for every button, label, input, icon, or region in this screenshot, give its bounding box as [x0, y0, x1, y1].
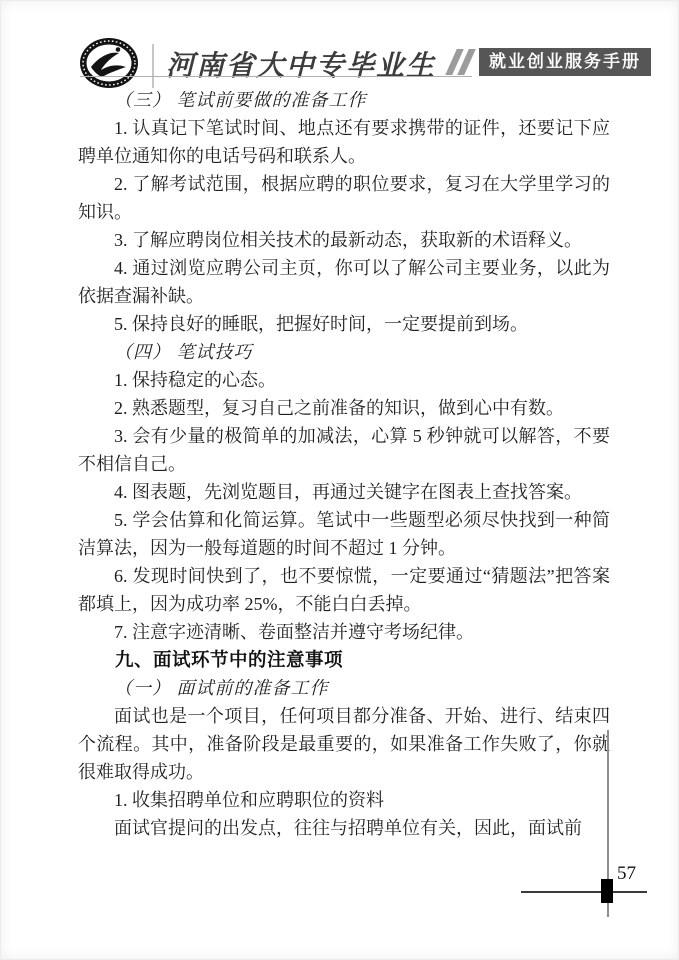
list-item: 1. 保持稳定的心态。 [78, 366, 610, 394]
list-item: 3. 会有少量的极简单的加减法，心算 5 秒钟就可以解答，不要不相信自己。 [78, 422, 610, 478]
subsection-heading: （一） 面试前的准备工作 [78, 674, 610, 702]
footer-rule-marker [601, 879, 613, 903]
paragraph: 面试也是一个项目，任何项目都分准备、开始、进行、结束四个流程。其中，准备阶段是最… [78, 702, 610, 786]
list-item: 6. 发现时间快到了，也不要惊慌，一定要通过“猜题法”把答案都填上，因为成功率 … [78, 562, 610, 618]
footer-horizontal-rule [521, 891, 647, 893]
subsection-heading: （四） 笔试技巧 [78, 338, 610, 366]
list-item: 5. 学会估算和化简运算。笔试中一些题型必须尽快找到一种简洁算法，因为一般每道题… [78, 506, 610, 562]
list-item: 4. 通过浏览应聘公司主页，你可以了解公司主要业务，以此为依据查漏补缺。 [78, 254, 610, 310]
handbook-badge-label: 就业创业服务手册 [479, 48, 651, 76]
page-header: 河南省大中专毕业生 就业创业服务手册 [76, 34, 651, 92]
list-item: 2. 了解考试范围，根据应聘的职位要求，复习在大学里学习的知识。 [78, 170, 610, 226]
book-page: 河南省大中专毕业生 就业创业服务手册 （三） 笔试前要做的准备工作 1. 认真记… [0, 0, 679, 960]
list-item: 3. 了解应聘岗位相关技术的最新动态，获取新的术语释义。 [78, 226, 610, 254]
list-item: 7. 注意字迹清晰、卷面整洁并遵守考场纪律。 [78, 618, 610, 646]
seal-emblem-icon [78, 36, 140, 90]
page-number: 57 [617, 863, 636, 885]
page-content: （三） 笔试前要做的准备工作 1. 认真记下笔试时间、地点还有要求携带的证件，还… [78, 86, 610, 842]
list-item: 1. 认真记下笔试时间、地点还有要求携带的证件，还要记下应聘单位通知你的电话号码… [78, 114, 610, 170]
paragraph: 面试官提问的出发点，往往与招聘单位有关，因此，面试前 [78, 814, 610, 842]
list-item: 1. 收集招聘单位和应聘职位的资料 [78, 786, 610, 814]
section-heading: 九、面试环节中的注意事项 [78, 646, 610, 674]
header-rule [80, 76, 472, 77]
list-item: 2. 熟悉题型，复习自己之前准备的知识，做到心中有数。 [78, 394, 610, 422]
list-item: 4. 图表题，先浏览题目，再通过关键字在图表上查找答案。 [78, 478, 610, 506]
handbook-badge: 就业创业服务手册 [451, 48, 651, 76]
subsection-heading: （三） 笔试前要做的准备工作 [78, 86, 610, 114]
list-item: 5. 保持良好的睡眠，把握好时间，一定要提前到场。 [78, 310, 610, 338]
brand-title: 河南省大中专毕业生 [166, 44, 436, 84]
header-divider [152, 44, 154, 88]
